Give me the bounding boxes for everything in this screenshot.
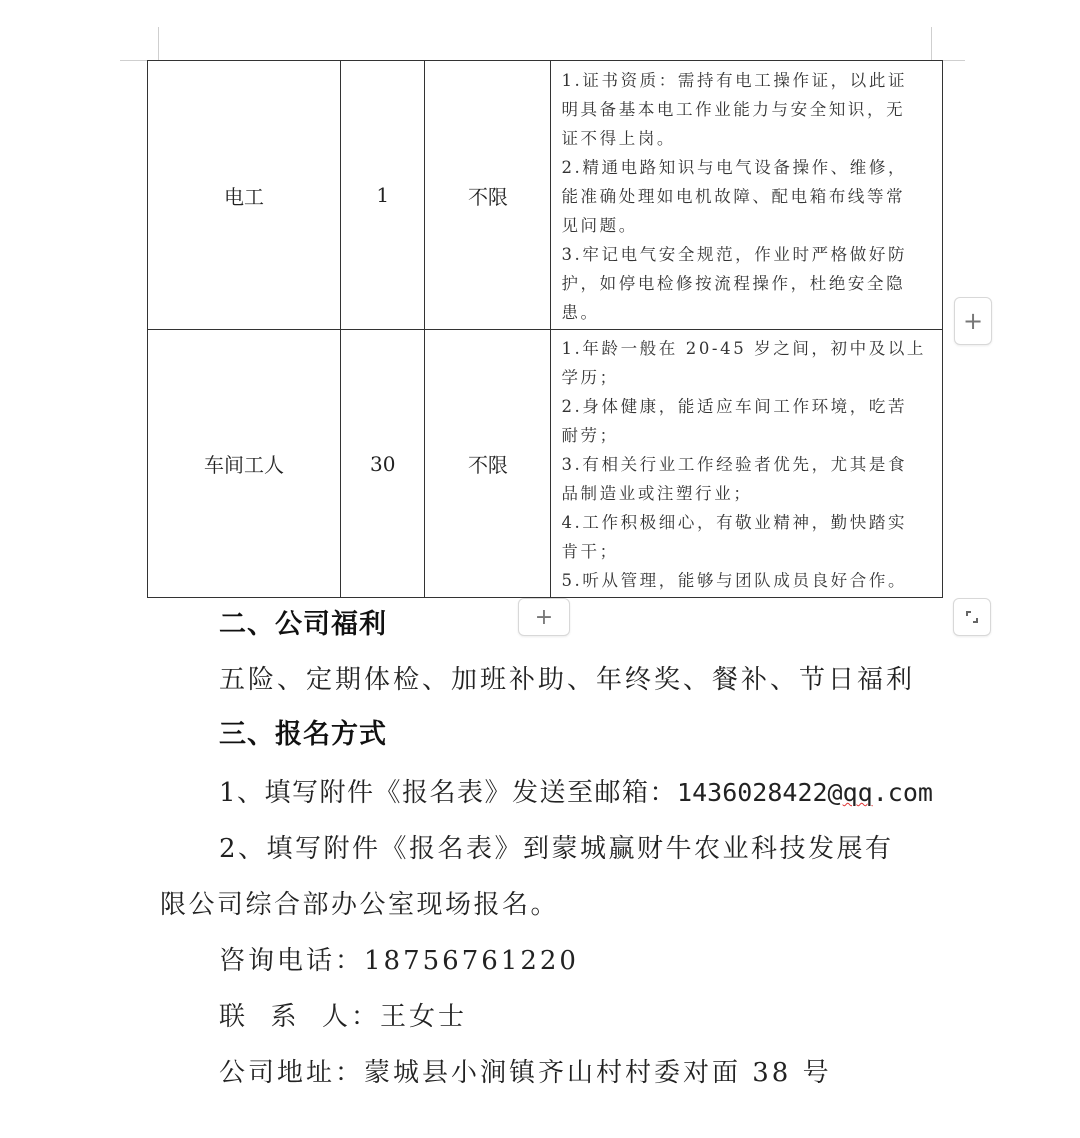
requirement-line: 4.工作积极细心，有敬业精神，勤快踏实 <box>561 508 932 537</box>
requirement-line: 见问题。 <box>561 211 932 240</box>
table-resize-button[interactable] <box>953 598 991 636</box>
email-tld[interactable]: .com <box>873 778 933 807</box>
margin-mark-right-vertical <box>931 27 932 60</box>
requirement-line: 耐劳； <box>561 421 932 450</box>
requirements-cell[interactable]: 1.年龄一般在 20-45 岁之间，初中及以上 学历； 2.身体健康，能适应车间… <box>551 330 943 598</box>
add-row-button[interactable]: + <box>518 598 570 636</box>
signup-heading: 三、报名方式 <box>219 712 387 751</box>
requirement-line: 肯干； <box>561 537 932 566</box>
job-table: 电工 1 不限 1.证书资质：需持有电工操作证，以此证 明具备基本电工作业能力与… <box>147 60 943 598</box>
table-row: 电工 1 不限 1.证书资质：需持有电工操作证，以此证 明具备基本电工作业能力与… <box>148 61 943 330</box>
signup-onsite-line1: 2、填写附件《报名表》到蒙城赢财牛农业科技发展有 <box>219 828 894 865</box>
requirement-line: 2.精通电路知识与电气设备操作、维修， <box>561 153 932 182</box>
education-cell[interactable]: 不限 <box>425 330 551 598</box>
requirement-line: 证不得上岗。 <box>561 124 932 153</box>
plus-icon: + <box>963 307 983 335</box>
resize-corners-icon <box>964 609 980 625</box>
phone-line: 咨询电话：18756761220 <box>219 940 579 977</box>
signup-onsite-line2: 限公司综合部办公室现场报名。 <box>160 884 559 921</box>
benefits-text: 五险、定期体检、加班补助、年终奖、餐补、节日福利 <box>219 659 915 696</box>
requirement-line: 学历； <box>561 363 932 392</box>
requirement-line: 5.听从管理，能够与团队成员良好合作。 <box>561 566 932 595</box>
requirement-line: 2.身体健康，能适应车间工作环境，吃苦 <box>561 392 932 421</box>
benefits-heading: 二、公司福利 <box>219 602 387 641</box>
requirement-line: 品制造业或注塑行业； <box>561 479 932 508</box>
signup-email-prefix: 1、填写附件《报名表》发送至邮箱： <box>219 778 677 808</box>
position-cell[interactable]: 车间工人 <box>148 330 341 598</box>
email-user[interactable]: 1436028422@ <box>677 778 843 807</box>
count-cell[interactable]: 30 <box>341 330 425 598</box>
requirement-line: 1.证书资质：需持有电工操作证，以此证 <box>561 66 932 95</box>
add-column-button[interactable]: + <box>954 297 992 345</box>
requirements-cell[interactable]: 1.证书资质：需持有电工操作证，以此证 明具备基本电工作业能力与安全知识，无 证… <box>551 61 943 330</box>
requirement-line: 患。 <box>561 298 932 327</box>
requirement-line: 3.有相关行业工作经验者优先，尤其是食 <box>561 450 932 479</box>
education-cell[interactable]: 不限 <box>425 61 551 330</box>
requirement-line: 能准确处理如电机故障、配电箱布线等常 <box>561 182 932 211</box>
requirement-line: 3.牢记电气安全规范，作业时严格做好防 <box>561 240 932 269</box>
email-domain-spellcheck[interactable]: qq <box>843 778 873 807</box>
count-cell[interactable]: 1 <box>341 61 425 330</box>
table-row: 车间工人 30 不限 1.年龄一般在 20-45 岁之间，初中及以上 学历； 2… <box>148 330 943 598</box>
signup-email-line: 1、填写附件《报名表》发送至邮箱：1436028422@qq.com <box>219 772 933 809</box>
requirement-line: 1.年龄一般在 20-45 岁之间，初中及以上 <box>561 334 932 363</box>
address-line: 公司地址：蒙城县小涧镇齐山村村委对面 38 号 <box>219 1052 832 1089</box>
margin-mark-left-vertical <box>158 27 159 60</box>
position-cell[interactable]: 电工 <box>148 61 341 330</box>
contact-line: 联 系 人：王女士 <box>219 996 467 1033</box>
plus-icon: + <box>535 605 553 630</box>
requirement-line: 明具备基本电工作业能力与安全知识，无 <box>561 95 932 124</box>
requirement-line: 护，如停电检修按流程操作，杜绝安全隐 <box>561 269 932 298</box>
